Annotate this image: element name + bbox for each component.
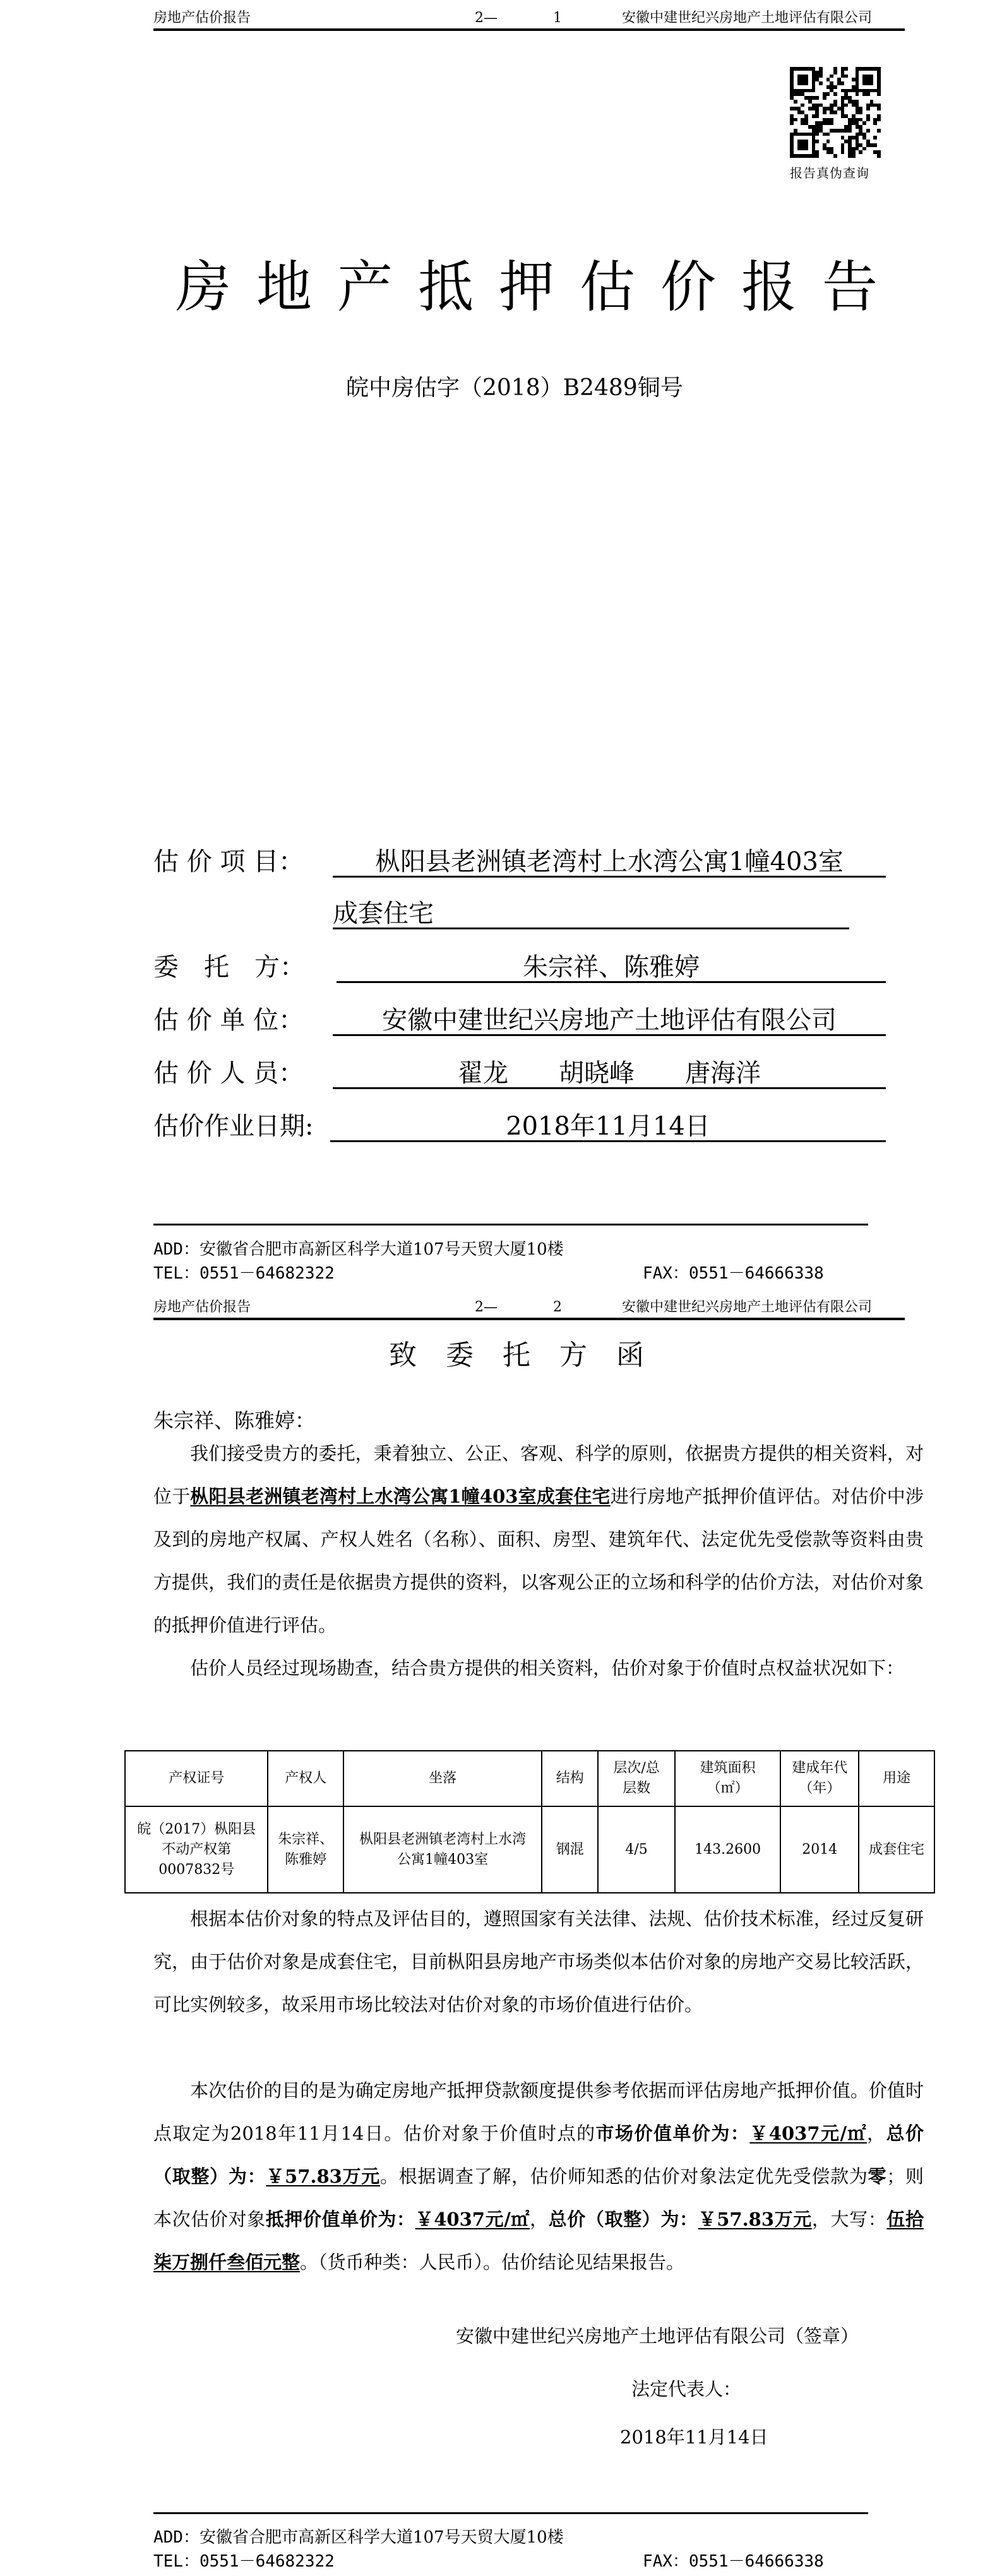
- paragraph-survey: 估价人员经过现场勘查，结合贵方提供的相关资料，估价对象于价值时点权益状况如下：: [153, 1647, 924, 1690]
- mortgage-total-price: ￥57.83万元: [698, 2209, 812, 2230]
- header-company: 安徽中建世纪兴房地产土地评估有限公司: [622, 1299, 872, 1316]
- info-date: 估价作业日期: 2018年11月14日: [153, 1112, 911, 1140]
- cell-structure: 钢混: [542, 1806, 598, 1893]
- para4-text-4: ，大写：: [812, 2209, 886, 2230]
- paragraph-method: 根据本估价对象的特点及评估目的，遵照国家有关法律、法规、估价技术标准，经过反复研…: [153, 1897, 924, 2026]
- market-unit-price-label: 市场价值单价为：: [596, 2123, 750, 2144]
- qr-caption: 报告真伪查询: [790, 163, 881, 181]
- header-left-title: 房地产估价报告: [153, 10, 251, 27]
- footer-tel: TEL：0551－64682322: [153, 1264, 335, 1283]
- signature-date: 2018年11月14日: [620, 2423, 768, 2449]
- table-header-row: 产权证号 产权人 坐落 结构 层次/总层数 建筑面积（㎡） 建成年代（年） 用途: [125, 1751, 934, 1806]
- footer-divider: [153, 1224, 868, 1225]
- cell-location: 枞阳县老洲镇老湾村上水湾公寓1幢403室: [343, 1806, 542, 1893]
- footer-address: ADD：安徽省合肥市高新区科学大道107号天贸大厦10楼: [153, 1240, 564, 1259]
- para4-text-2: 。根据调查了解，估价师知悉的估价对象法定优先受偿款为: [380, 2166, 868, 2187]
- header-page-prefix: 2—: [475, 10, 498, 27]
- header-company: 安徽中建世纪兴房地产土地评估有限公司: [622, 10, 872, 27]
- col-usage: 用途: [859, 1751, 934, 1806]
- para4-sep: ，: [867, 2123, 886, 2144]
- col-cert-no: 产权证号: [125, 1751, 268, 1806]
- header-divider: [153, 28, 905, 31]
- footer-address: ADD：安徽省合肥市高新区科学大道107号天贸大厦10楼: [153, 2528, 564, 2547]
- info-project-cont: 成套住宅: [153, 900, 911, 927]
- project-label: 估 价 项 目：: [153, 848, 304, 876]
- para2-text: 估价人员经过现场勘查，结合贵方提供的相关资料，估价对象于价值时点权益状况如下：: [190, 1657, 904, 1679]
- col-owner: 产权人: [268, 1751, 343, 1806]
- report-title: 房地产抵押估价报告: [176, 256, 903, 319]
- legal-representative: 法定代表人：: [631, 2375, 741, 2401]
- appraiser-org-label: 估 价 单 位：: [153, 1006, 304, 1034]
- header-page-number: 2: [553, 1299, 562, 1316]
- mortgage-total-label: 总价（取整）为：: [549, 2209, 698, 2230]
- qr-code-icon[interactable]: [790, 67, 881, 158]
- client-label: 委 托 方：: [153, 953, 305, 981]
- header-page-number: 1: [553, 10, 562, 27]
- client-value: 朱宗祥、陈雅婷: [337, 953, 886, 983]
- info-appraisers: 估 价 人 员： 翟龙 胡晓峰 唐海洋: [153, 1059, 911, 1087]
- mortgage-unit-price: ￥4037元/㎡: [415, 2209, 530, 2230]
- col-location: 坐落: [343, 1751, 542, 1806]
- address-label: ADD：: [153, 2528, 200, 2547]
- date-label: 估价作业日期:: [153, 1112, 313, 1140]
- info-appraiser-org: 估 价 单 位： 安徽中建世纪兴房地产土地评估有限公司: [153, 1006, 911, 1034]
- letter-title: 致委托方函: [389, 1332, 673, 1373]
- address-value: 安徽省合肥市高新区科学大道107号天贸大厦10楼: [200, 2528, 564, 2547]
- table-row: 皖（2017）枞阳县不动产权第0007832号 朱宗祥、陈雅婷 枞阳县老洲镇老湾…: [125, 1806, 934, 1893]
- cell-floor: 4/5: [598, 1806, 675, 1893]
- signature-company: 安徽中建世纪兴房地产土地评估有限公司（签章）: [456, 2322, 859, 2348]
- col-year: 建成年代（年）: [780, 1751, 859, 1806]
- footer-divider: [153, 2512, 868, 2514]
- footer-tel: TEL：0551－64682322: [153, 2552, 335, 2571]
- header-page-prefix: 2—: [475, 1299, 498, 1316]
- col-floor: 层次/总层数: [598, 1751, 675, 1806]
- footer-fax: FAX：0551－64666338: [643, 1264, 824, 1283]
- header-divider: [153, 1318, 905, 1320]
- info-client: 委 托 方： 朱宗祥、陈雅婷: [153, 953, 911, 981]
- col-structure: 结构: [542, 1751, 598, 1806]
- property-table: 产权证号 产权人 坐落 结构 层次/总层数 建筑面积（㎡） 建成年代（年） 用途…: [124, 1750, 935, 1893]
- header-left-title: 房地产估价报告: [153, 1299, 251, 1316]
- cell-usage: 成套住宅: [859, 1806, 934, 1893]
- market-unit-price: ￥4037元/㎡: [749, 2123, 867, 2144]
- info-project: 估 价 项 目： 枞阳县老洲镇老湾村上水湾公寓1幢403室: [153, 848, 911, 876]
- address-label: ADD：: [153, 1240, 200, 1259]
- cell-year: 2014: [780, 1806, 859, 1893]
- project-value-line1: 枞阳县老洲镇老湾村上水湾公寓1幢403室: [333, 848, 886, 878]
- para4-sep-2: ，: [530, 2209, 549, 2230]
- para4-text-5: 。（货币种类：人民币）。估价结论见结果报告。: [300, 2251, 684, 2273]
- footer-fax: FAX：0551－64666338: [643, 2552, 824, 2571]
- paragraph-valuation: 本次估价的目的是为确定房地产抵押贷款额度提供参考依据而评估房地产抵押价值。价值时…: [153, 2069, 924, 2284]
- priority-claim-value: 零: [868, 2166, 887, 2187]
- date-value: 2018年11月14日: [330, 1112, 886, 1142]
- cell-cert-no: 皖（2017）枞阳县不动产权第0007832号: [125, 1806, 268, 1893]
- address-value: 安徽省合肥市高新区科学大道107号天贸大厦10楼: [200, 1240, 564, 1259]
- report-number: 皖中房估字（2018）B2489铜号: [346, 370, 683, 402]
- qr-block[interactable]: 报告真伪查询: [790, 67, 881, 181]
- appraiser-org-value: 安徽中建世纪兴房地产土地评估有限公司: [333, 1006, 886, 1036]
- market-total-price: ￥57.83万元: [266, 2166, 380, 2187]
- cell-area: 143.2600: [675, 1806, 780, 1893]
- para3-text: 根据本估价对象的特点及评估目的，遵照国家有关法律、法规、估价技术标准，经过反复研…: [153, 1908, 924, 2015]
- mortgage-unit-price-label: 抵押价值单价为：: [266, 2209, 415, 2230]
- cell-owner: 朱宗祥、陈雅婷: [268, 1806, 343, 1893]
- salutation: 朱宗祥、陈雅婷：: [153, 1405, 315, 1434]
- col-area: 建筑面积（㎡）: [675, 1751, 780, 1806]
- appraisers-value: 翟龙 胡晓峰 唐海洋: [333, 1059, 886, 1089]
- para1-text-cont: 进行房地产抵押价值评估。对估价中涉及到的房地产权属、产权人姓名（名称）、面积、房…: [153, 1486, 924, 1636]
- appraisers-label: 估 价 人 员：: [153, 1059, 304, 1087]
- project-value-line2: 成套住宅: [333, 900, 849, 929]
- paragraph-commission: 我们接受贵方的委托，秉着独立、公正、客观、科学的原则，依据贵方提供的相关资料，对…: [153, 1432, 924, 1647]
- subject-property: 枞阳县老洲镇老湾村上水湾公寓1幢403室成套住宅: [190, 1486, 610, 1507]
